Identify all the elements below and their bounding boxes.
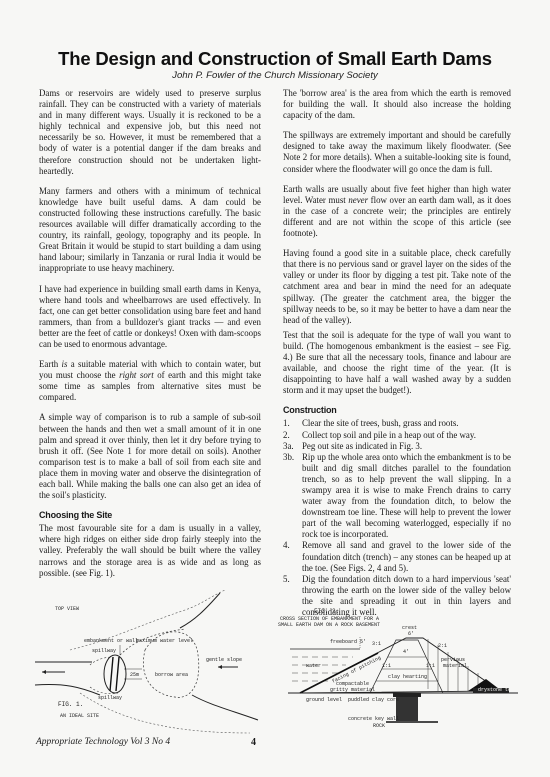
- step-text: Rip up the whole area onto which the emb…: [302, 452, 511, 541]
- step-item: 1.Clear the site of trees, bush, grass a…: [283, 418, 511, 429]
- fig2-key-wall-label: concrete key wall: [348, 716, 399, 722]
- fig1-max-water-label: maximum water level: [136, 638, 193, 644]
- article-byline: John P. Fowler of the Church Missionary …: [0, 70, 550, 81]
- fig2-freeboard-label: freeboard 5': [330, 639, 366, 645]
- step-text: Remove all sand and gravel to the lower …: [302, 540, 511, 573]
- section-heading-construction: Construction: [283, 405, 511, 416]
- step-number: 3a.: [283, 441, 302, 452]
- fig1-borrow-area-label: borrow area: [155, 672, 188, 678]
- fig2-compactable-label-2: gritty material: [330, 687, 375, 693]
- right-column: The 'borrow area' is the area from which…: [283, 88, 511, 618]
- fig1-caption: AN IDEAL SITE: [60, 713, 99, 719]
- article-title: The Design and Construction of Small Ear…: [0, 48, 550, 70]
- fig2-slope-upstream: 3:1: [372, 641, 381, 647]
- section-heading-choosing-site: Choosing the Site: [39, 510, 261, 521]
- fig2-slope-core-left: 1:1: [382, 663, 391, 669]
- paragraph: The spillways are extremely important an…: [283, 130, 511, 174]
- fig2-slope-core-right: 1:1: [426, 663, 435, 669]
- figure-1-ideal-site: TOP VIEW embankment or wall maximum wate…: [20, 585, 270, 735]
- emphasis-text: never: [348, 195, 368, 205]
- fig2-slope-downstream: 2:1: [438, 643, 447, 649]
- step-item: 2.Collect top soil and pile in a heap ou…: [283, 430, 511, 441]
- fig2-ground-level-label: ground level: [306, 697, 342, 703]
- step-text: Collect top soil and pile in a heap out …: [302, 430, 511, 441]
- fig1-spillway-bottom-label: spillway: [98, 695, 122, 701]
- fig2-crest-width: 6': [408, 631, 414, 637]
- paragraph: Earth walls are usually about five feet …: [283, 184, 511, 239]
- figure-2-cross-section: FIG. 2. CROSS SECTION OF EMBANKMENT FOR …: [278, 605, 538, 730]
- step-item: 4.Remove all sand and gravel to the lowe…: [283, 540, 511, 573]
- fig2-drystone-label: drystone toe: [478, 687, 514, 693]
- paragraph: Having found a good site in a suitable p…: [283, 248, 511, 326]
- fig1-dimension-label: 25m: [130, 672, 139, 678]
- fig2-rock-label: ROCK: [373, 723, 385, 729]
- step-number: 4.: [283, 540, 302, 573]
- footer-journal-name: Appropriate Technology Vol 3 No 4: [36, 737, 170, 747]
- fig2-core-top-width: 4': [403, 649, 409, 655]
- fig1-number-label: FIG. 1.: [58, 701, 83, 708]
- figure-1-drawing: TOP VIEW embankment or wall maximum wate…: [20, 585, 270, 735]
- figure-2-drawing: FIG. 2. CROSS SECTION OF EMBANKMENT FOR …: [278, 605, 538, 730]
- paragraph: A simple way of comparison is to rub a s…: [39, 412, 261, 501]
- fig2-caption-line2: SMALL EARTH DAM ON A ROCK BASEMENT: [278, 622, 380, 628]
- paragraph: I have had experience in building small …: [39, 284, 261, 351]
- left-column: Dams or reservoirs are widely used to pr…: [39, 88, 261, 588]
- fig1-top-view-label: TOP VIEW: [55, 606, 79, 612]
- footer-page-number: 4: [251, 737, 256, 748]
- paragraph: Test that the soil is adequate for the t…: [283, 330, 511, 397]
- paragraph: The 'borrow area' is the area from which…: [283, 88, 511, 121]
- construction-steps: 1.Clear the site of trees, bush, grass a…: [283, 418, 511, 618]
- fig2-number-label: FIG. 2.: [314, 608, 339, 615]
- paragraph: Earth is a suitable material with which …: [39, 359, 261, 403]
- step-text: Peg out site as indicated in Fig. 3.: [302, 441, 511, 452]
- fig2-water-label: water: [306, 663, 321, 669]
- fig1-embankment-label: embankment or wall: [84, 638, 138, 644]
- step-text: Clear the site of trees, bush, grass and…: [302, 418, 511, 429]
- paragraph: The most favourable site for a dam is us…: [39, 523, 261, 578]
- text-span: Earth: [39, 359, 62, 369]
- step-number: 3b.: [283, 452, 302, 541]
- step-number: 2.: [283, 430, 302, 441]
- fig1-gentle-slope-label: gentle slope: [206, 657, 242, 663]
- step-number: 1.: [283, 418, 302, 429]
- step-item: 3a.Peg out site as indicated in Fig. 3.: [283, 441, 511, 452]
- fig2-clay-core-label: puddled clay core: [348, 697, 399, 703]
- fig2-clay-hearting-label: clay hearting: [388, 674, 427, 680]
- step-item: 3b.Rip up the whole area onto which the …: [283, 452, 511, 541]
- fig1-spillway-top-label: spillway: [92, 648, 116, 654]
- paragraph: Dams or reservoirs are widely used to pr…: [39, 88, 261, 177]
- emphasis-text: right sort: [119, 370, 154, 380]
- fig2-pervious-label-2: material: [443, 663, 467, 669]
- paragraph: Many farmers and others with a minimum o…: [39, 186, 261, 275]
